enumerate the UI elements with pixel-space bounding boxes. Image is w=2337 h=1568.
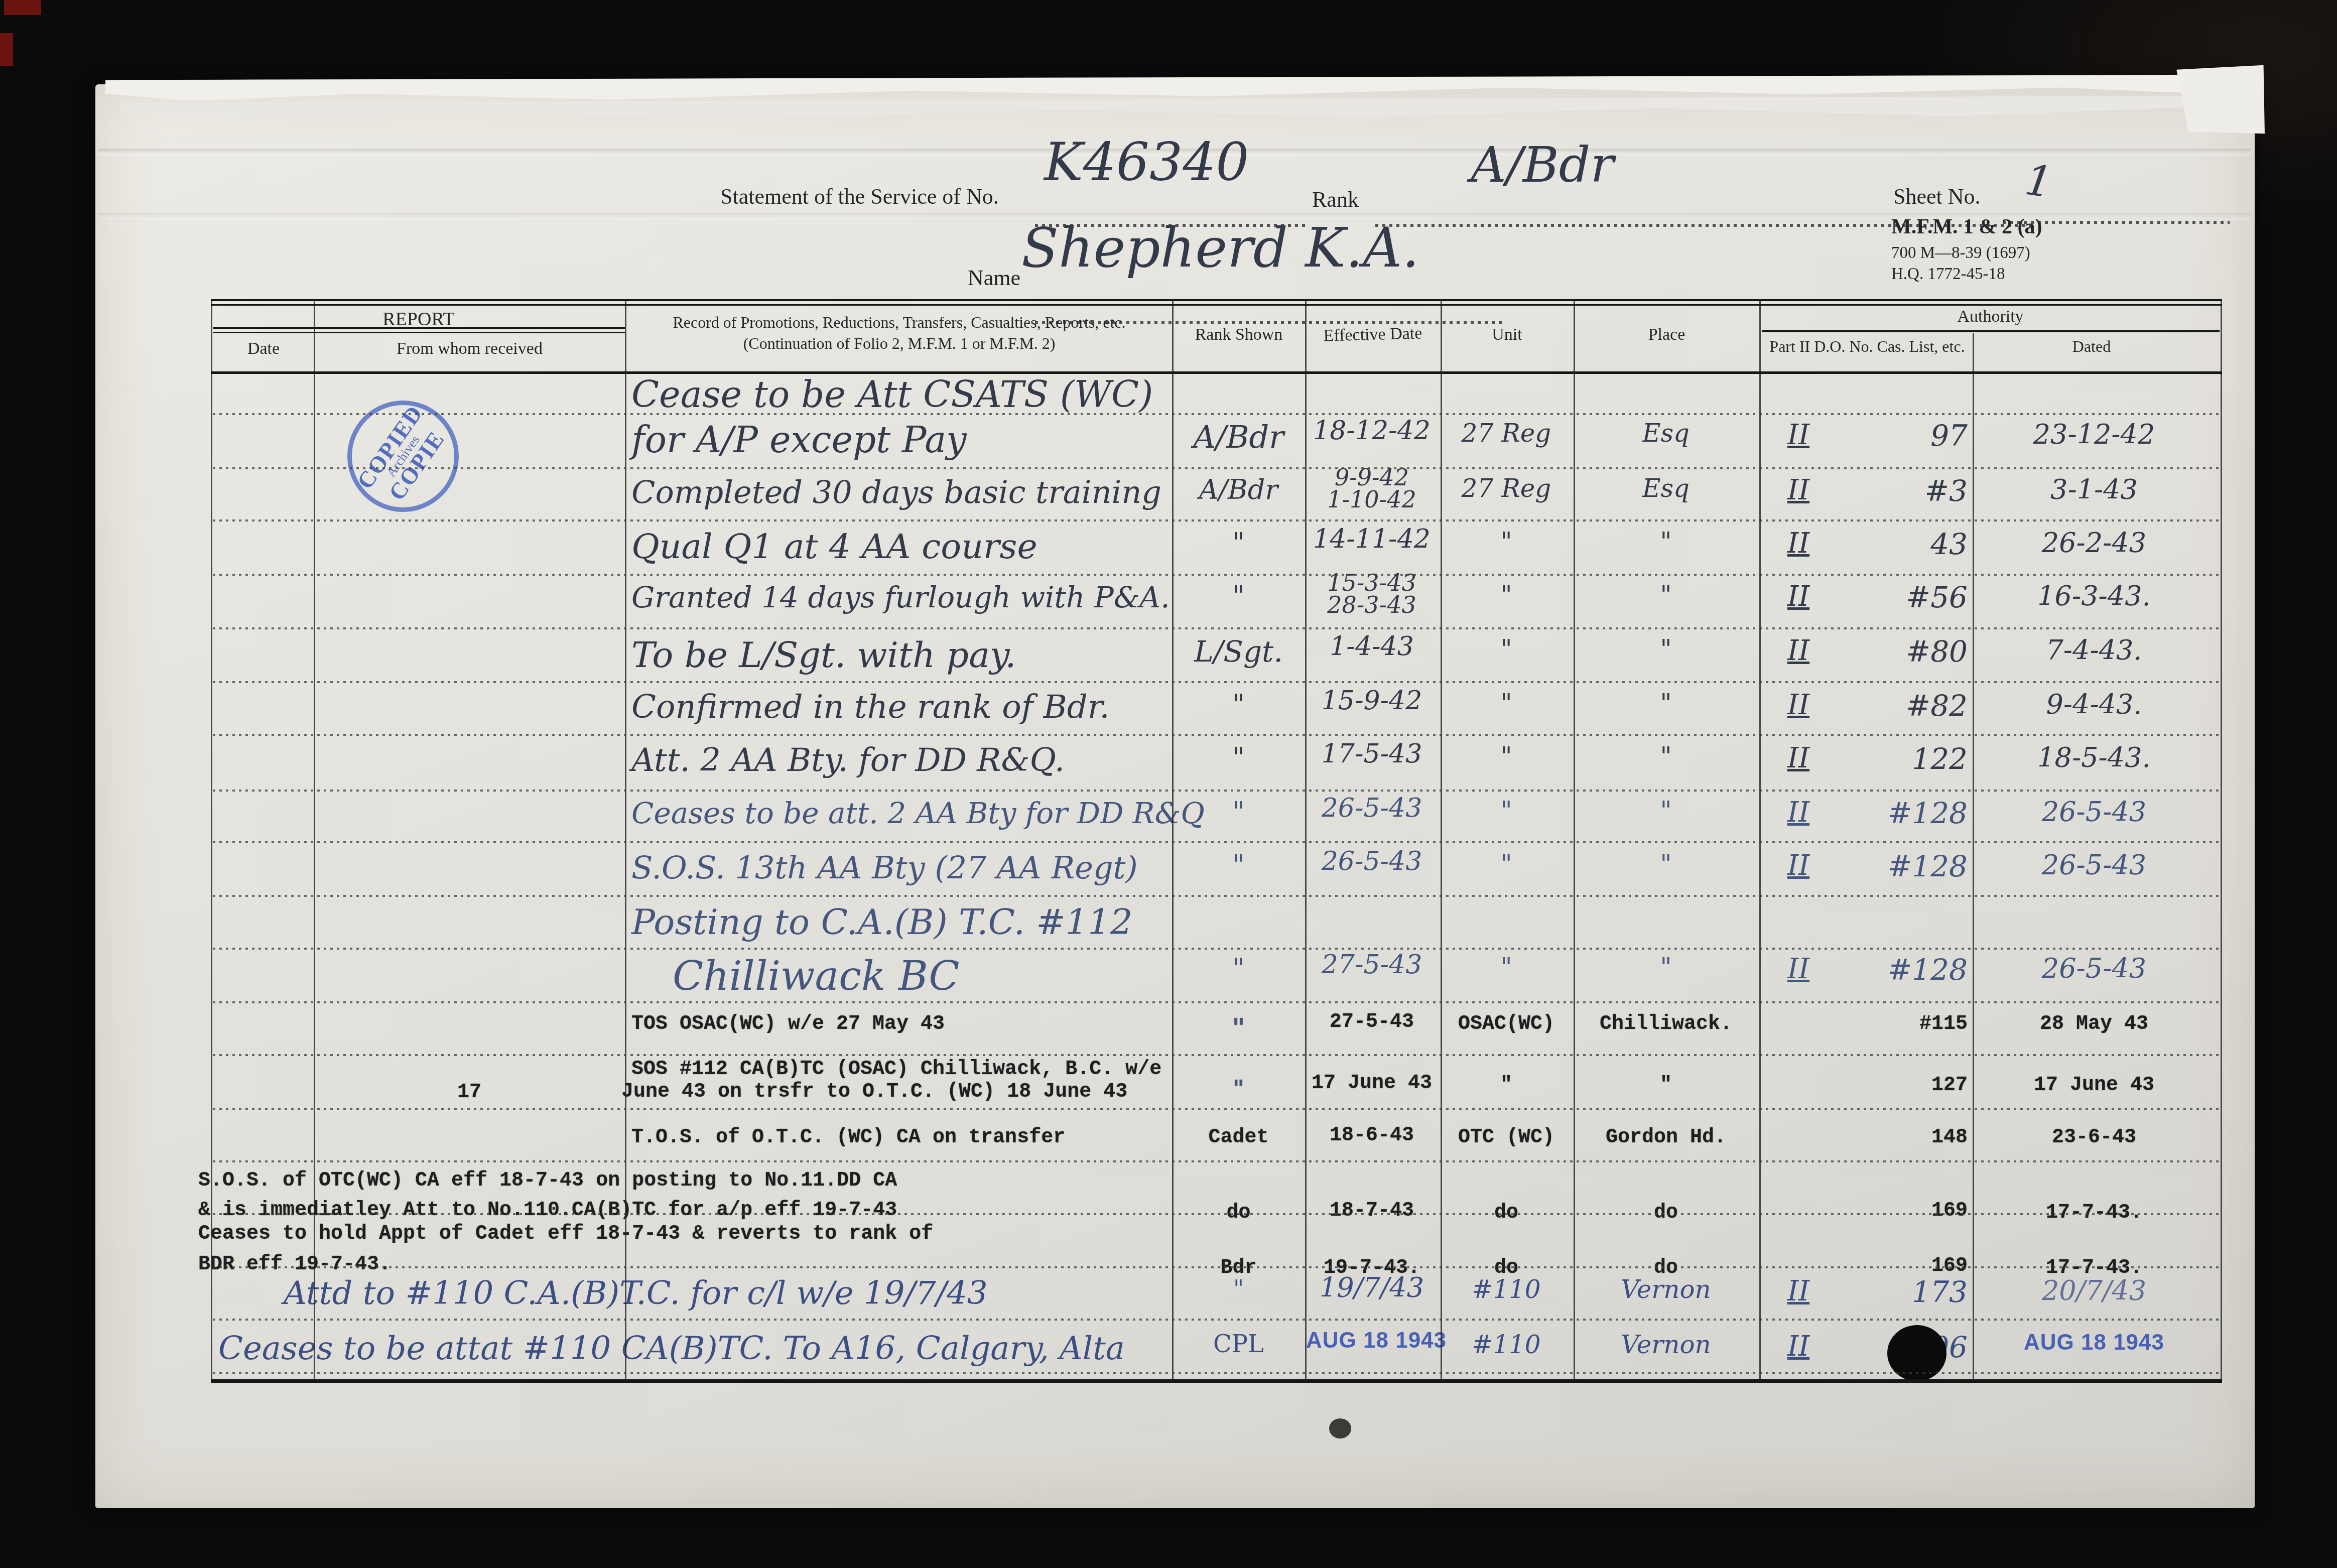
scan-background: Statement of the Service of No. K46340 R… [0,0,2337,1568]
cas-list-cell: #128 [1835,953,1968,987]
form-id-line2: 700 M—8-39 (1697) [1891,244,2030,263]
table-rule [211,371,2222,374]
archives-stamp: COPIED Archives COPIE [347,401,459,512]
unit-cell: " [1442,689,1571,718]
dated-cell: 26-5-43 [1977,849,2212,881]
part2-cell: II [1761,689,1836,721]
part2-cell: II [1761,742,1836,774]
unit-cell: #110 [1442,1330,1571,1359]
record-text: Att. 2 AA Bty. for DD R&Q. [631,742,1168,779]
place-cell: " [1575,953,1757,982]
record-text: Qual Q1 at 4 AA course [631,527,1168,567]
record-text: Chilliwack BC [673,953,1210,999]
form-id-line3: H.Q. 1772-45-18 [1891,265,2005,284]
part2-cell: II [1761,634,1836,667]
part2-cell: II [1761,419,1836,451]
cas-list-cell: #3 [1835,474,1968,508]
ink-blot [1329,1418,1351,1439]
record-header-line1: Record of Promotions, Reductions, Transf… [627,313,1171,332]
effective-cell: 26-5-43 [1306,796,1438,821]
cas-list-cell: 122 [1835,742,1968,776]
service-no-value: K46340 [1044,132,1249,193]
dotted-row-line [213,1108,2221,1110]
dated-cell: 28 May 43 [1977,1013,2212,1035]
effective-cell: 17-5-43 [1306,742,1438,766]
table-rule [213,327,625,329]
effective-cell: 19/7/43 [1306,1275,1438,1300]
rank-cell: A/Bdr [1175,474,1303,505]
unit-cell: 27 Reg [1442,474,1571,503]
authority-header: Authority [1761,307,2220,326]
effective-cell: 15-3-4328-3-43 [1306,572,1438,616]
record-text: Attd to #110 C.A.(B)T.C. for c/l w/e 19/… [284,1275,1177,1312]
dotted-row-line [213,734,2221,736]
cas-list-cell: 173 [1835,1275,1968,1309]
dotted-row-line [213,1001,2221,1003]
date-header: Date [213,339,314,358]
record-text: for A/P except Pay [631,419,1168,461]
dated-cell: 9-4-43. [1977,689,2212,720]
place-cell: " [1575,580,1757,609]
record-text: Granted 14 days furlough with P&A. [631,580,1168,614]
part2-cell: II [1761,796,1836,829]
dated-cell: 20/7/43 [1977,1275,2212,1306]
record-text: Ceases to be attat #110 CA(B)TC. To A16,… [218,1330,1182,1367]
archives-stamp-text: COPIED Archives COPIE [354,402,452,510]
record-text: Posting to C.A.(B) T.C. #112 [631,901,1168,943]
cas-list-cell: #128 [1835,849,1968,883]
dated-cell: 23-12-42 [1977,419,2212,450]
part2-cell: II [1761,953,1836,985]
rank-cell: " [1175,1076,1303,1102]
cas-list-cell: 97 [1835,419,1968,453]
dotted-row-line [213,1266,2221,1268]
place-cell: " [1575,849,1757,878]
record-text: Ceases to be att. 2 AA Bty for DD R&Q [631,796,1168,830]
dated-cell: 7-4-43. [1977,634,2212,666]
dotted-row-line [213,948,2221,950]
dotted-row-line [213,790,2221,792]
rank-cell: " [1175,742,1303,773]
place-cell: " [1575,689,1757,718]
place-cell: " [1575,742,1757,771]
date-stamp: AUG 18 1943 [1977,1330,2212,1355]
dotted-row-line [213,1372,2221,1374]
dated-cell: 26-5-43 [1977,953,2212,984]
rank-cell: " [1175,527,1303,559]
place-cell: Chilliwack. [1575,1013,1757,1035]
name-label: Name [968,265,1020,291]
form-id-line1: M.F.M. 1 & 2 (a) [1891,215,2042,239]
sheet-no-label: Sheet No. [1893,184,1981,209]
dotted-row-line [213,519,2221,521]
record-text: Completed 30 days basic training [631,474,1168,510]
table-rule [211,1379,2222,1383]
effective-cell: 27-5-43 [1306,1013,1438,1032]
place-cell: Esq [1575,474,1757,503]
table-rule [213,332,625,333]
place-header: Place [1575,325,1758,344]
dated-cell: 16-3-43. [1977,580,2212,612]
table-column-line [2221,301,2222,1381]
effective-cell: 17 June 43 [1306,1074,1438,1093]
table-rule [211,304,2222,306]
rank-cell: " [1175,796,1303,828]
unit-cell: OSAC(WC) [1442,1013,1571,1035]
record-text: S.O.S. 13th AA Bty (27 AA Regt) [631,849,1168,886]
dated-cell: 17 June 43 [1977,1074,2212,1097]
unit-cell: " [1442,527,1571,556]
effective-cell: 18-6-43 [1306,1126,1438,1145]
record-text: SOS #112 CA(B)TC (OSAC) Chilliwack, B.C.… [631,1058,1168,1103]
record-text: T.O.S. of O.T.C. (WC) CA on transfer [631,1126,1168,1149]
from-whom-header: From whom received [315,339,624,358]
dotted-row-line [213,467,2221,469]
effective-cell: 14-11-42 [1306,527,1438,552]
unit-cell: " [1442,849,1571,878]
dotted-row-line [213,1054,2221,1056]
effective-cell: 18-12-42 [1306,419,1438,443]
effective-cell: 27-5-43 [1306,953,1438,977]
date-stamp: AUG 18 1943 [1306,1330,1438,1351]
unit-cell: OTC (WC) [1442,1126,1571,1149]
dotted-row-line [213,627,2221,629]
cas-list-cell: 169 [1835,1200,1968,1222]
rank-cell: A/Bdr [1175,419,1303,455]
table-column-line [1973,333,1974,1381]
rank-cell: " [1175,689,1303,720]
cas-list-cell: #128 [1835,796,1968,830]
place-cell: Gordon Hd. [1575,1126,1757,1149]
rank-shown-header: Rank Shown [1174,325,1304,344]
part2-cell: II [1761,849,1836,882]
tape-fragment [4,0,41,15]
record-text: Cease to be Att CSATS (WC) [631,373,1168,416]
rank-cell: " [1175,849,1303,881]
dotted-row-line [213,895,2221,897]
cas-list-cell: #56 [1835,580,1968,614]
effective-cell: 1-4-43 [1306,634,1438,659]
cas-list-cell: 148 [1835,1126,1968,1149]
name-value: Shepherd K.A. [1021,217,1419,280]
place-cell: Vernon [1575,1275,1757,1304]
rank-cell: Cadet [1175,1126,1303,1149]
rank-value: A/Bdr [1471,137,1614,194]
dated-cell: 26-5-43 [1977,796,2212,828]
record-text: TOS OSAC(WC) w/e 27 May 43 [631,1013,1168,1035]
part2-cell: II [1761,1275,1836,1308]
unit-cell: " [1442,742,1571,771]
dated-cell: 18-5-43. [1977,742,2212,773]
effective-cell: 18-7-43 [1306,1202,1438,1221]
table-rule [1762,330,2220,332]
unit-cell: 27 Reg [1442,419,1571,448]
unit-cell: " [1442,796,1571,825]
dotted-row-line [213,681,2221,683]
rank-cell: " [1175,580,1303,612]
place-cell: Vernon [1575,1330,1757,1359]
part2-cell: II [1761,527,1836,560]
cas-list-cell: #82 [1835,689,1968,723]
table-column-line [211,301,212,1381]
rank-cell: " [1175,1275,1303,1302]
effective-date-header: Effective Date [1306,324,1440,346]
dated-cell: 3-1-43 [1977,474,2212,505]
place-cell: " [1575,527,1757,556]
cas-list-cell: #80 [1835,634,1968,669]
place-cell: Esq [1575,419,1757,448]
record-header-line2: (Continuation of Folio 2, M.F.M. 1 or M.… [627,334,1171,353]
rank-cell: " [1175,1013,1303,1042]
dated-cell: 23-6-43 [1977,1126,2212,1149]
cas-list-cell: #115 [1835,1013,1968,1035]
unit-cell: " [1442,953,1571,982]
cas-list-cell: 43 [1835,527,1968,561]
unit-cell: " [1442,1074,1571,1097]
table-rule [211,299,2222,301]
part2-header: Part II D.O. No. Cas. List, etc. [1763,337,1972,356]
place-cell: " [1575,796,1757,825]
dotted-row-line [213,1319,2221,1321]
record-text: To be L/Sgt. with pay. [631,634,1168,676]
effective-cell: 9-9-421-10-42 [1306,467,1438,510]
effective-cell: 26-5-43 [1306,849,1438,874]
cas-list-cell: 127 [1835,1074,1968,1097]
dated-cell: 26-2-43 [1977,527,2212,559]
from-whom-cell: 17 [316,1081,622,1104]
unit-cell: #110 [1442,1275,1571,1304]
service-no-label: Statement of the Service of No. [720,184,999,209]
dotted-row-line [213,574,2221,576]
rank-cell: " [1175,953,1303,984]
effective-cell: 15-9-42 [1306,689,1438,713]
rank-cell: L/Sgt. [1175,634,1303,669]
dotted-row-line [213,841,2221,843]
dotted-row-line [213,1213,2221,1215]
rank-cell: CPL [1175,1330,1303,1358]
unit-header: Unit [1442,325,1573,344]
part2-cell: II [1761,580,1836,613]
unit-cell: " [1442,634,1571,664]
place-cell: " [1575,634,1757,664]
rank-label: Rank [1312,187,1359,212]
dotted-row-line [213,413,2221,415]
record-text: Confirmed in the rank of Bdr. [631,689,1168,726]
tape-fragment [0,33,13,66]
part2-cell: II [1761,474,1836,506]
place-cell: " [1575,1074,1757,1097]
dated-header: Dated [1974,337,2210,356]
unit-cell: " [1442,580,1571,609]
dotted-row-line [213,1160,2221,1162]
part2-cell: II [1761,1330,1836,1363]
